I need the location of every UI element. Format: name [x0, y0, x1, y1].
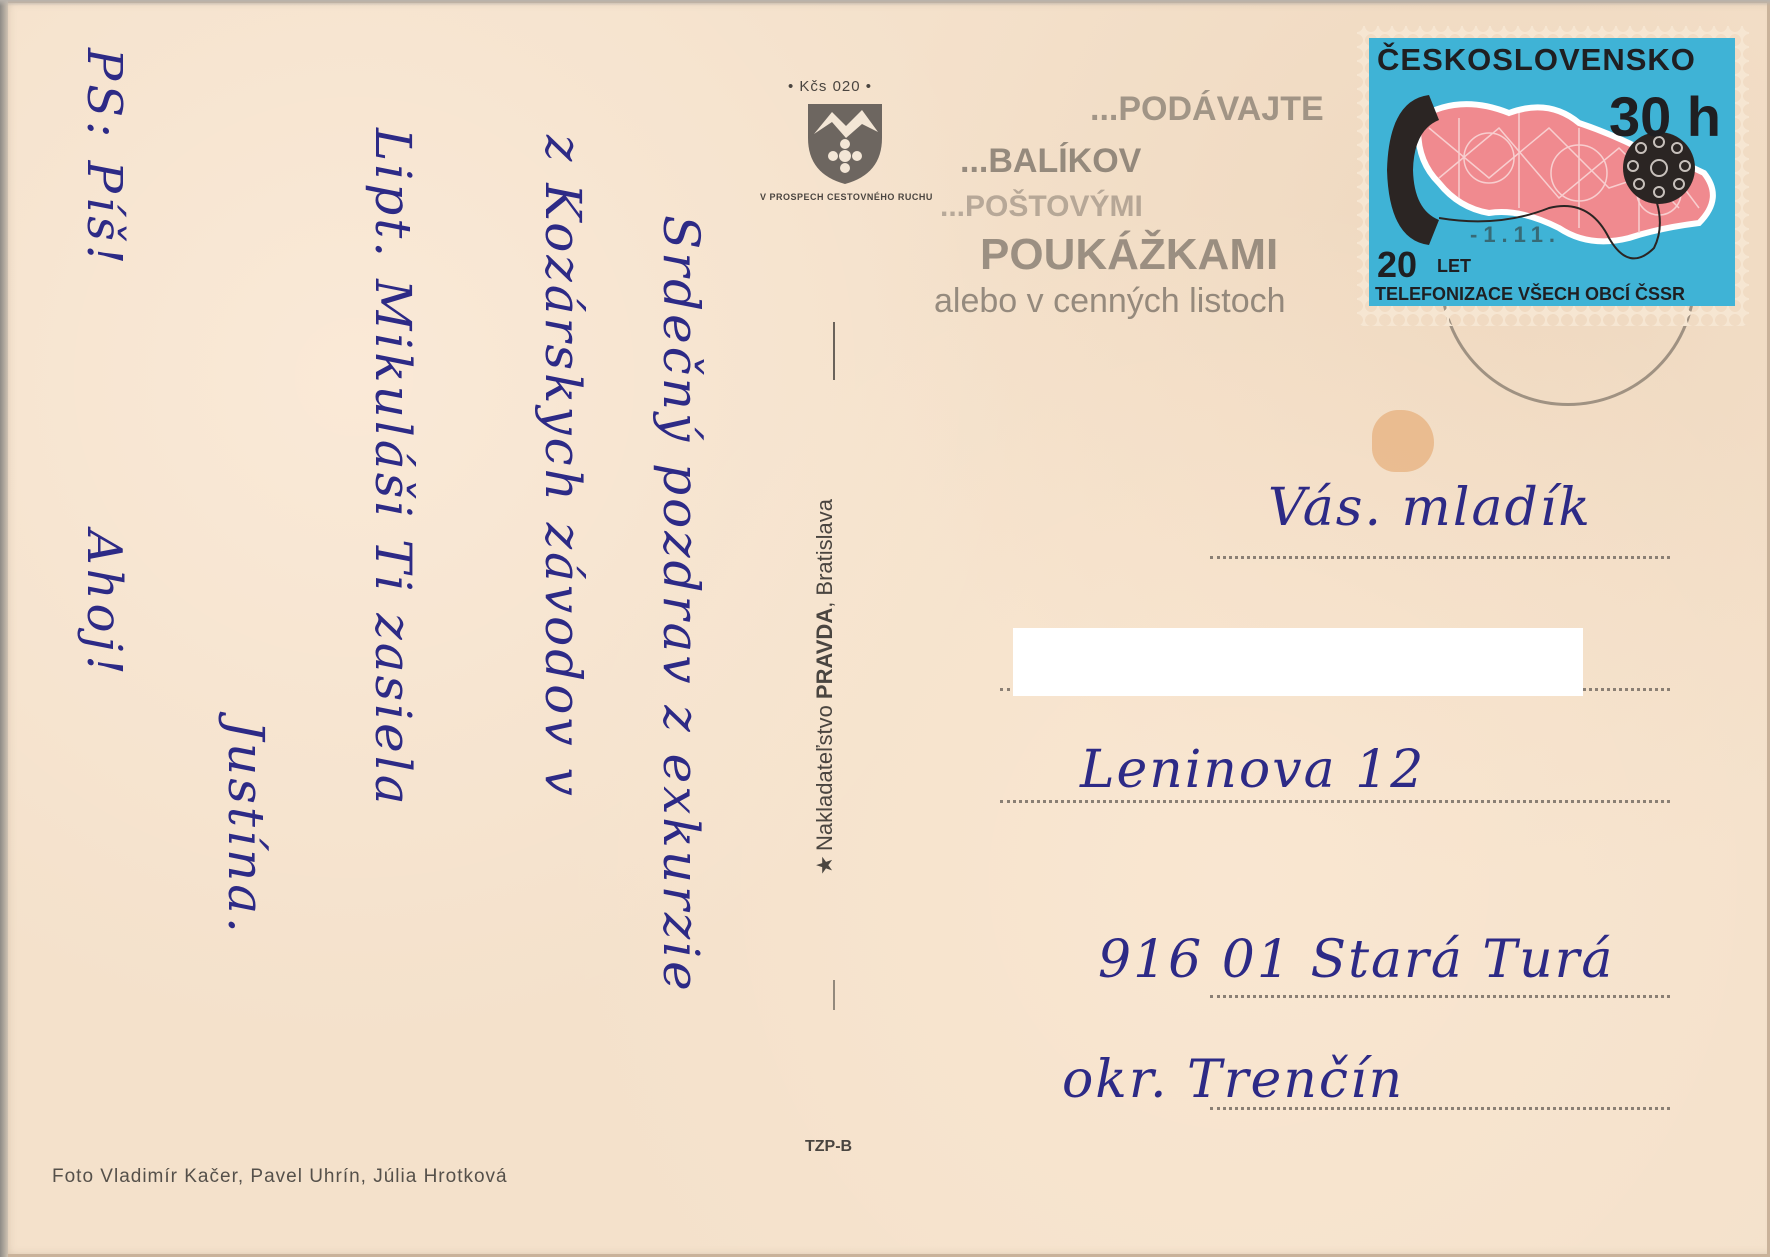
- card-edge-top: [0, 0, 1770, 6]
- print-code: TZP-B: [805, 1138, 852, 1156]
- emblem-arc-text: V PROSPECH CESTOVNÉHO RUCHU: [760, 192, 933, 202]
- stamp-caption: TELEFONIZACE VŠECH OBCÍ ČSSR: [1375, 284, 1685, 305]
- emblem-value: • Kčs 020 •: [788, 78, 872, 95]
- publisher-star-logo-icon: ★: [812, 851, 838, 875]
- message-line-2: z Kozárskych závodov v: [534, 135, 592, 799]
- postmark-date: -1.11.: [1470, 222, 1561, 248]
- postage-stamp: ČESKOSLOVENSKO 30 h 20 LET TELEFONIZACE …: [1357, 26, 1749, 326]
- redacted-address-line: [1013, 628, 1583, 696]
- divider-tick-bottom: [833, 980, 835, 1010]
- address-line-1: Vás. mladík: [1268, 478, 1592, 538]
- stamp-anniversary-number: 20: [1377, 244, 1417, 286]
- stamp-anniversary-word: LET: [1437, 256, 1471, 277]
- message-line-1: Srdečný pozdrav z exkurzie: [652, 215, 710, 994]
- slogan-line-4: POUKÁŽKAMI: [980, 230, 1278, 280]
- slogan-line-2: ...BALÍKOV: [960, 142, 1141, 181]
- address-line-4: 916 01 Stará Turá: [1098, 930, 1614, 990]
- stamp-value: 30 h: [1609, 84, 1721, 149]
- stamp-country: ČESKOSLOVENSKO: [1377, 42, 1696, 78]
- publisher-prefix: Nakladateľstvo: [812, 699, 837, 851]
- slogan-line-3: ...POŠTOVÝMI: [940, 190, 1143, 224]
- signature: Justína.: [217, 720, 275, 936]
- publisher-imprint: ★Nakladateľstvo PRAVDA, Bratislava: [812, 499, 838, 875]
- address-dotted-line-4: [1210, 995, 1670, 998]
- publisher-name: PRAVDA: [812, 608, 837, 699]
- ps-line-2: Ahoj!: [76, 530, 132, 679]
- address-line-5: okr. Trenčín: [1062, 1050, 1404, 1110]
- stain: [1372, 410, 1434, 472]
- address-line-3: Leninova 12: [1080, 740, 1425, 800]
- ps-line-1: PS: Píš!: [76, 48, 132, 268]
- slogan-line-1: ...PODÁVAJTE: [1090, 90, 1324, 129]
- stamp-design: ČESKOSLOVENSKO 30 h 20 LET TELEFONIZACE …: [1369, 38, 1735, 306]
- publisher-city: , Bratislava: [812, 499, 837, 608]
- address-dotted-line-3: [1000, 800, 1670, 803]
- photo-credit: Foto Vladimír Kačer, Pavel Uhrín, Júlia …: [52, 1166, 508, 1188]
- postcard: PS: Píš! Ahoj! Srdečný pozdrav z exkurzi…: [0, 0, 1770, 1257]
- message-line-3: Lipt. Mikuláši Ti zasiela: [364, 128, 422, 808]
- address-dotted-line-5: [1210, 1107, 1670, 1110]
- address-dotted-line-1: [1210, 556, 1670, 559]
- card-edge: [0, 0, 8, 1257]
- slogan-line-5: alebo v cenných listoch: [934, 282, 1286, 321]
- divider-tick: [833, 322, 835, 380]
